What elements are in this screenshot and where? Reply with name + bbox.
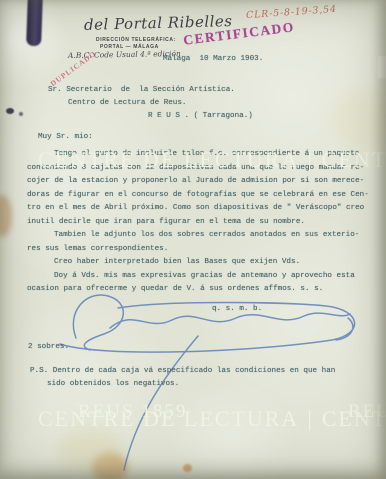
ink-mark-small	[19, 112, 23, 116]
stain-left-edge	[0, 195, 12, 237]
recipient-line-2: Centro de Lectura de Reus.	[68, 97, 186, 111]
recipient-line-3: R E U S . ( Tarragona.)	[148, 110, 253, 124]
edge-notch	[378, 56, 386, 78]
letter-body: Tengo el gusto de incluirle talon f.c. c…	[27, 148, 375, 297]
pen-artifact	[26, 0, 43, 46]
body-line: tro en el mes de Abril próximo. Como son…	[27, 202, 375, 216]
recipient-line-1: Sr. Secretario de la Sección Artística.	[48, 84, 235, 98]
body-line: conteniendo 8 cajitas con 12 diapositiva…	[27, 162, 375, 176]
body-line: res sus lemas correspondientes.	[27, 243, 375, 257]
salutation: Muy Sr. mio:	[38, 131, 93, 145]
enclosure-note: 2 sobres.	[28, 341, 69, 355]
stain-top-right-pale	[330, 88, 386, 150]
body-line: Tambien le adjunto los dos sobres cerrad…	[27, 229, 375, 243]
body-line: Creo haber interpretado bien las Bases q…	[27, 256, 375, 270]
body-line: cojer de la estacion y proponerlo al Jur…	[27, 175, 375, 189]
postscript-line-1: P.S. Dentro de cada caja vá especificado…	[30, 365, 335, 379]
letterhead-telegraph-label: DIRECCIÓN TELEGRÁFICA:	[96, 37, 176, 43]
body-line: doras de figurar en el concurso de fotog…	[27, 189, 375, 203]
ink-mark	[6, 108, 14, 114]
body-line: inutil decirle que iran para figurar en …	[27, 216, 375, 230]
body-line: Tengo el gusto de incluirle talon f.c. c…	[27, 148, 375, 162]
letter-scan: CLR-5-8-19-3,54 del Portal Ribelles DIRE…	[0, 0, 386, 479]
dateline: Málaga 10 Marzo 1903.	[163, 53, 263, 67]
postscript-line-2: sido obtenidos los negativos.	[47, 378, 179, 392]
